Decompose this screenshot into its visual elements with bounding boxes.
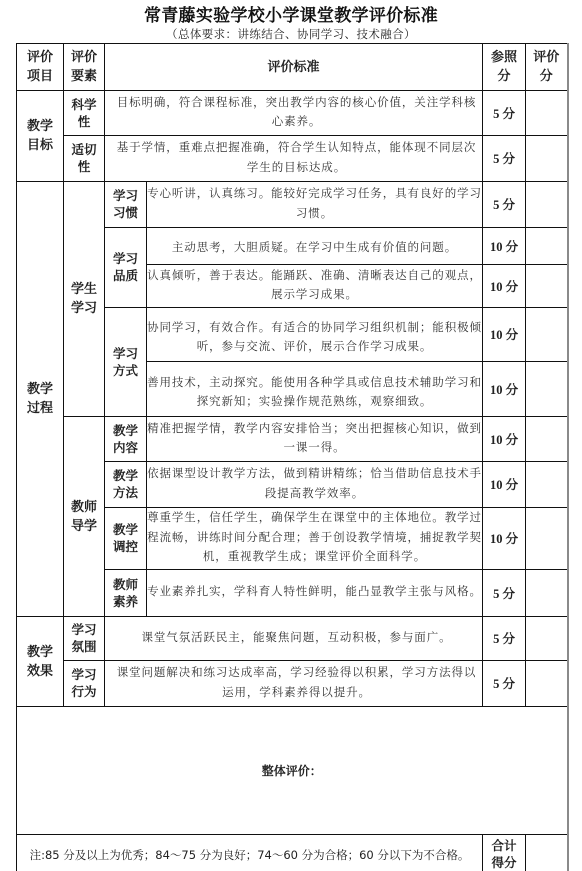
- header-element: 评价要素: [64, 44, 105, 91]
- sub-item-label: 教师导学: [70, 498, 97, 536]
- eval-score-input[interactable]: [526, 308, 568, 362]
- eval-score-input[interactable]: [526, 508, 568, 570]
- grading-note: 注:85 分及以上为优秀；84～75 分为良好；74～60 分为合格；60 分以…: [17, 835, 483, 871]
- eval-score-input[interactable]: [526, 462, 568, 508]
- ref-score-value: 10 分: [490, 383, 518, 397]
- element-control: 教学调控: [105, 508, 147, 570]
- criteria-text: 课堂问题解决和练习达成率高，学习经验得以积累，学习方法得以运用，学科素养得以提升…: [105, 661, 483, 707]
- element-label: 学习氛围: [71, 621, 97, 655]
- ref-score: 10 分: [483, 417, 526, 462]
- element-label: 适切性: [71, 141, 97, 175]
- element-label: 学习行为: [71, 666, 97, 700]
- ref-score-value: 5 分: [493, 107, 515, 121]
- evaluation-table: 评价项目 评价要素 评价标准 参照分 评价分 教学目标 科学性 目标明确，符合课…: [16, 43, 569, 871]
- criteria-text: 精准把握学情，教学内容安排恰当；突出把握核心知识，做到一课一得。: [147, 417, 483, 462]
- element-label: 教学调控: [112, 521, 138, 555]
- element-behavior: 学习行为: [64, 661, 105, 707]
- element-appropriate: 适切性: [64, 136, 105, 182]
- header-criteria: 评价标准: [105, 44, 483, 91]
- element-label: 学习方式: [112, 345, 138, 379]
- element-literacy: 教师素养: [105, 570, 147, 617]
- element-label: 教学方法: [112, 467, 138, 501]
- element-scientific: 科学性: [64, 91, 105, 136]
- element-label: 学习品质: [112, 250, 138, 284]
- element-label: 科学性: [71, 96, 97, 130]
- ref-score: 10 分: [483, 308, 526, 362]
- total-score-input[interactable]: [526, 835, 568, 871]
- table-row: 教师导学 教学内容 精准把握学情，教学内容安排恰当；突出把握核心知识，做到一课一…: [17, 417, 568, 462]
- sub-item-teacher-guidance: 教师导学: [64, 417, 105, 617]
- overall-label: 整体评价：: [262, 764, 322, 778]
- table-row: 教学目标 科学性 目标明确，符合课程标准，突出教学内容的核心价值，关注学科核心素…: [17, 91, 568, 136]
- element-quality: 学习品质: [105, 228, 147, 308]
- ref-score: 5 分: [483, 661, 526, 707]
- table-row: 适切性 基于学情，重难点把握准确，符合学生认知特点，能体现不同层次学生的目标达成…: [17, 136, 568, 182]
- ref-score-value: 5 分: [493, 152, 515, 166]
- element-label: 教学内容: [112, 422, 138, 456]
- element-method: 学习方式: [105, 308, 147, 417]
- item-label: 教学效果: [26, 643, 53, 681]
- element-label: 教师素养: [112, 576, 138, 610]
- ref-score: 10 分: [483, 265, 526, 308]
- ref-score: 5 分: [483, 182, 526, 228]
- ref-score-value: 5 分: [493, 587, 515, 601]
- page-title: 常青藤实验学校小学课堂教学评价标准: [0, 5, 582, 27]
- ref-score: 5 分: [483, 91, 526, 136]
- eval-score-input[interactable]: [526, 182, 568, 228]
- header-criteria-label: 评价标准: [268, 58, 320, 77]
- eval-score-input[interactable]: [526, 228, 568, 265]
- element-label: 学习习惯: [112, 187, 138, 221]
- item-label: 教学目标: [26, 117, 53, 155]
- ref-score-value: 10 分: [490, 532, 518, 546]
- ref-score: 5 分: [483, 617, 526, 661]
- criteria-text: 认真倾听，善于表达。能踊跃、准确、清晰表达自己的观点，展示学习成果。: [147, 265, 483, 308]
- ref-score-value: 10 分: [490, 280, 518, 294]
- sub-item-label: 学生学习: [70, 280, 97, 318]
- header-element-label: 评价要素: [70, 48, 97, 86]
- criteria-text: 专心听讲，认真练习。能较好完成学习任务，具有良好的学习习惯。: [147, 182, 483, 228]
- ref-score-value: 10 分: [490, 433, 518, 447]
- eval-score-input[interactable]: [526, 136, 568, 182]
- eval-score-input[interactable]: [526, 570, 568, 617]
- criteria-text: 协同学习，有效合作。有适合的协同学习组织机制；能积极倾听，参与交流、评价，展示合…: [147, 308, 483, 362]
- table-row: 学习行为 课堂问题解决和练习达成率高，学习经验得以积累，学习方法得以运用，学科素…: [17, 661, 568, 707]
- criteria-text: 善用技术，主动探究。能使用各种学具或信息技术辅助学习和探究新知；实验操作规范熟练…: [147, 362, 483, 417]
- total-score-label-cell: 合计得分: [483, 835, 526, 871]
- eval-score-input[interactable]: [526, 91, 568, 136]
- page-subtitle: （总体要求：讲练结合、协同学习、技术融合）: [0, 27, 582, 41]
- eval-score-input[interactable]: [526, 617, 568, 661]
- ref-score: 5 分: [483, 570, 526, 617]
- total-score-label: 合计得分: [491, 837, 517, 871]
- overall-evaluation-field[interactable]: 整体评价：: [17, 707, 568, 835]
- ref-score: 10 分: [483, 508, 526, 570]
- element-atmosphere: 学习氛围: [64, 617, 105, 661]
- table-row: 教学效果 学习氛围 课堂气氛活跃民主，能聚焦问题，互动积极，参与面广。 5 分: [17, 617, 568, 661]
- ref-score-value: 10 分: [490, 478, 518, 492]
- ref-score: 10 分: [483, 362, 526, 417]
- ref-score-value: 5 分: [493, 677, 515, 691]
- eval-score-input[interactable]: [526, 362, 568, 417]
- eval-score-input[interactable]: [526, 661, 568, 707]
- criteria-text: 主动思考，大胆质疑。在学习中生成有价值的问题。: [147, 228, 483, 265]
- item-label: 教学过程: [26, 380, 53, 418]
- item-teaching-goal: 教学目标: [17, 91, 64, 182]
- header-ref-score: 参照分: [483, 44, 526, 91]
- header-item-label: 评价项目: [26, 48, 53, 86]
- eval-score-input[interactable]: [526, 265, 568, 308]
- ref-score: 10 分: [483, 228, 526, 265]
- ref-score: 10 分: [483, 462, 526, 508]
- element-teaching-method: 教学方法: [105, 462, 147, 508]
- ref-score: 5 分: [483, 136, 526, 182]
- header-eval-score: 评价分: [526, 44, 568, 91]
- eval-score-input[interactable]: [526, 417, 568, 462]
- table-row: 教学过程 学生学习 学习习惯 专心听讲，认真练习。能较好完成学习任务，具有良好的…: [17, 182, 568, 228]
- element-content: 教学内容: [105, 417, 147, 462]
- header-item: 评价项目: [17, 44, 64, 91]
- table-header-row: 评价项目 评价要素 评价标准 参照分 评价分: [17, 44, 568, 91]
- footer-row: 注:85 分及以上为优秀；84～75 分为良好；74～60 分为合格；60 分以…: [17, 835, 568, 871]
- header-eval-score-label: 评价分: [533, 48, 560, 86]
- criteria-text: 专业素养扎实，学科育人特性鲜明，能凸显教学主张与风格。: [147, 570, 483, 617]
- criteria-text: 尊重学生，信任学生，确保学生在课堂中的主体地位。教学过程流畅，讲练时间分配合理；…: [147, 508, 483, 570]
- element-habit: 学习习惯: [105, 182, 147, 228]
- item-teaching-effect: 教学效果: [17, 617, 64, 707]
- ref-score-value: 10 分: [490, 240, 518, 254]
- item-teaching-process: 教学过程: [17, 182, 64, 617]
- ref-score-value: 5 分: [493, 632, 515, 646]
- ref-score-value: 5 分: [493, 198, 515, 212]
- criteria-text: 课堂气氛活跃民主，能聚焦问题，互动积极，参与面广。: [105, 617, 483, 661]
- overall-row: 整体评价：: [17, 707, 568, 835]
- criteria-text: 依据课型设计教学方法，做到精讲精练；恰当借助信息技术手段提高教学效率。: [147, 462, 483, 508]
- criteria-text: 基于学情，重难点把握准确，符合学生认知特点，能体现不同层次学生的目标达成。: [105, 136, 483, 182]
- ref-score-value: 10 分: [490, 328, 518, 342]
- criteria-text: 目标明确，符合课程标准，突出教学内容的核心价值，关注学科核心素养。: [105, 91, 483, 136]
- header-ref-score-label: 参照分: [490, 48, 517, 86]
- sub-item-student-learning: 学生学习: [64, 182, 105, 417]
